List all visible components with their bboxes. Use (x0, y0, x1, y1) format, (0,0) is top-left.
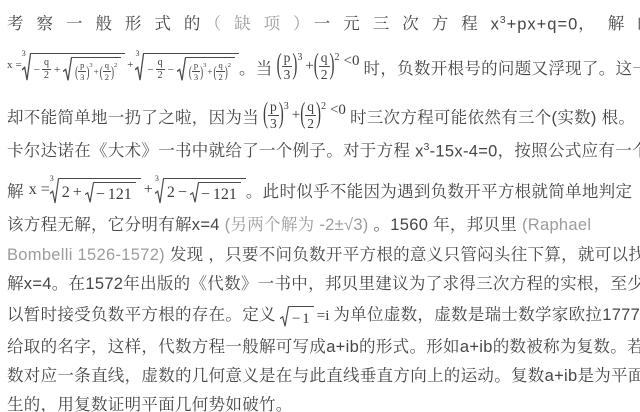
radicand: 2 + −121 (59, 178, 141, 205)
paren: ( (314, 49, 319, 83)
math-x: x (29, 181, 37, 199)
roots-formula: x= 3 2 + −121 + 3 2 − (29, 178, 246, 205)
denominator: 2 (44, 70, 49, 82)
numerator: q (319, 51, 330, 67)
math-1: 1 (302, 311, 310, 328)
math-minus: − (147, 64, 153, 76)
exponent: 3 (203, 62, 206, 69)
square-root: −121 (190, 182, 241, 204)
text-segment: 卡尔达诺在《大术》一书中就给了一个例子。对于方程 (7, 137, 415, 161)
formula-line-roots: 解 x= 3 2 + −121 + 3 2 (7, 164, 634, 205)
math-exponent: 3 (500, 15, 507, 26)
equals-i: =i (317, 308, 330, 325)
math-x: x (7, 59, 13, 71)
inline-equation-cubic: x3+px+q=0 (491, 15, 579, 35)
text-line-7: Bombelli 1526-1572) 发现 ，只要不问负数开平方根的意义只管闷… (7, 235, 634, 265)
text-segment: 却不能简单地一扔了之啦，因为当 (7, 104, 259, 128)
math-tail: +px+q=0 (507, 15, 579, 33)
paren: ( (189, 63, 192, 80)
text-segment: 以暂时接受负数平方根的存在。定义 (7, 301, 276, 325)
root-index: 3 (50, 175, 54, 183)
math-plus: + (93, 67, 100, 77)
text-line-10: 给取的名字，这样，代数方程一般解可写成a+ib的形式。形如a+ib的数被称为复数… (7, 328, 634, 357)
math-2: 2 (62, 184, 70, 202)
math-plus: + (206, 67, 213, 77)
text-segment: 该方程无解，它分明有解x=4 (7, 211, 225, 235)
denominator: 2 (105, 72, 109, 82)
exponent: 3 (89, 62, 92, 69)
radicand: −1 (289, 306, 314, 328)
math-plus: + (292, 107, 300, 124)
text-segment: 一 元 三 次 方 程 (314, 10, 491, 34)
paren: ( (277, 49, 282, 83)
radical-sign-icon (85, 182, 94, 204)
fraction-q-2: q2 (42, 58, 51, 82)
text-segment: 考 察 一 般 形 式 的 (7, 10, 205, 34)
root-index: 3 (155, 175, 159, 183)
fraction-p-3: p3 (282, 51, 293, 82)
numerator: p (78, 61, 86, 72)
discriminant-expression: (p3)3+(q2)2<0 (277, 51, 360, 82)
radicand: − q2 − (p3)3+(q2)2 (144, 53, 239, 82)
text-segment: 时，负数开根号的问题又浮现了。这一次 (364, 55, 640, 79)
math-minus: − (34, 64, 40, 76)
parenthetical-missing-term: （ 缺 项 ） (205, 10, 314, 34)
fraction-p-3: p3 (268, 100, 279, 131)
exponent: 2 (114, 62, 117, 69)
math-plus: + (73, 184, 82, 202)
math-x: x (491, 15, 500, 33)
numerator: p (282, 51, 293, 67)
inline-equation-example: x3-15x-4=0 (415, 142, 498, 162)
text-segment: 。当 (239, 55, 273, 79)
text-line-4: 卡尔达诺在《大术》一书中就给了一个例子。对于方程 x3-15x-4=0 ，按照公… (7, 134, 634, 164)
radicand: −121 (199, 182, 241, 204)
denominator: 2 (307, 116, 314, 131)
cube-root: 3 − q2 + (p3)3+(q2)2 (22, 53, 126, 82)
math-121: 121 (213, 186, 237, 204)
radicand: (p3)3+(q2)2 (186, 57, 235, 82)
text-segment: 时三次方程可能依然有三个(实数) 根。 (350, 104, 635, 128)
paren: ( (213, 63, 216, 80)
square-root: −121 (85, 182, 136, 204)
exponent: 3 (297, 52, 302, 63)
cube-root: 3 − q2 − (p3)3+(q2)2 (135, 53, 239, 82)
paren: ( (100, 63, 103, 80)
radical-sign-icon (190, 182, 199, 204)
text-segment: 发现 ，只要不问负数开平方根的意义只管闷头往下算，就可以找到 (165, 241, 640, 265)
text-line-12: 生的，用复数证明平面几何势如破竹。 (7, 386, 634, 412)
math-plus: + (144, 181, 153, 199)
cube-root: 3 2 + −121 (50, 178, 141, 205)
math-x: x (415, 142, 424, 160)
math-minus: − (201, 186, 210, 204)
math-plus: + (53, 64, 61, 76)
math-minus: − (292, 311, 300, 328)
pq-expression: (p3)3+(q2)2 (75, 61, 117, 82)
denominator: 3 (270, 116, 277, 131)
math-minus: − (96, 186, 105, 204)
less-than-zero: <0 (344, 53, 360, 70)
denominator: 2 (321, 67, 328, 82)
root-index: 3 (22, 50, 26, 58)
cube-root: 3 2 − −121 (155, 178, 246, 205)
math-121: 121 (108, 186, 132, 204)
text-segment: 。此时似乎不能因为遇到负数开平方根就简单地判定 (246, 178, 632, 202)
numerator: q (216, 61, 224, 72)
exponent: 3 (284, 101, 289, 112)
math-equals: = (41, 181, 50, 199)
math-tail: -15x-4=0 (430, 142, 498, 160)
root-index: 3 (135, 50, 139, 58)
parenthetical-other-roots: (另两个解为 -2±√3) (225, 211, 369, 235)
text-line-3: 却不能简单地一扔了之啦，因为当 (p3)3+(q2)2<0 时三次方程可能依然有… (7, 82, 634, 131)
math-minus: − (167, 64, 175, 76)
math-plus: + (127, 59, 133, 71)
math-plus: + (305, 58, 313, 75)
numerator: p (192, 61, 200, 72)
denominator: 3 (194, 72, 198, 82)
text-segment: 为单位虚数，虚数是瑞士数学家欧拉1777年 (333, 301, 640, 325)
parenthetical-name-raphael: (Raphael (522, 216, 591, 235)
text-segment: 。1560 年，邦贝里 (369, 211, 522, 235)
fraction-q-2: q2 (305, 100, 316, 131)
text-line-8: 解x=4。在1572年出版的《代数》一书中，邦贝里建议为了求得三次方程的实根，至… (7, 265, 634, 294)
paren: ( (263, 98, 268, 132)
text-segment: ，按照公式应有一个 (498, 137, 640, 161)
text-segment: 给取的名字，这样，代数方程一般解可写成a+ib的形式。形如a+ib的数被称为复数… (7, 333, 640, 357)
denominator: 3 (284, 67, 291, 82)
radicand: − q2 + (p3)3+(q2)2 (31, 53, 126, 82)
text-line-11: 数对应一条直线，虚数的几何意义是在与此直线垂直方向上的运动。复数a+ib是为平面… (7, 357, 634, 386)
text-line-1: 考 察 一 般 形 式 的 （ 缺 项 ） 一 元 三 次 方 程 x3+px+… (7, 6, 634, 37)
radicand: −121 (94, 182, 136, 204)
radicand: (p3)3+(q2)2 (72, 57, 121, 82)
cardano-formula: x= 3 − q2 + (p3)3+(q2)2 (7, 53, 239, 82)
radical-sign-icon (280, 306, 289, 328)
paren: ( (300, 98, 305, 132)
sqrt-minus-one: −1 =i (280, 306, 330, 328)
fraction-q-2: q2 (319, 51, 330, 82)
math-2: 2 (167, 184, 175, 202)
fraction-q-2: q2 (216, 61, 224, 82)
text-segment: ， 解 的 卡 尔 达 诺 公 式 为 (578, 10, 640, 34)
fraction-q-2: q2 (156, 58, 165, 82)
square-root: −1 (280, 306, 314, 328)
parenthetical-name-bombelli: Bombelli 1526-1572) (7, 246, 165, 265)
numerator: p (268, 100, 279, 116)
fraction-p-3: p3 (192, 61, 200, 82)
text-segment: 解x=4。在1572年出版的《代数》一书中，邦贝里建议为了求得三次方程的实根，至… (7, 270, 640, 294)
text-segment: 数对应一条直线，虚数的几何意义是在与此直线垂直方向上的运动。复数a+ib是为平面… (7, 362, 640, 386)
numerator: q (156, 58, 165, 71)
radicand: 2 − −121 (164, 178, 246, 205)
text-segment: 解 (7, 178, 29, 202)
paren: ( (75, 63, 78, 80)
document: 考 察 一 般 形 式 的 （ 缺 项 ） 一 元 三 次 方 程 x3+px+… (0, 0, 640, 412)
radical-sign-icon (63, 57, 72, 82)
article-page: { "page": { "background": "#ffffff", "te… (0, 0, 640, 412)
denominator: 2 (158, 70, 163, 82)
math-minus: − (178, 184, 187, 202)
exponent: 2 (228, 62, 231, 69)
text-line-6: 该方程无解，它分明有解x=4 (另两个解为 -2±√3) 。1560 年，邦贝里… (7, 205, 634, 235)
text-segment: 生的，用复数证明平面几何势如破竹。 (7, 391, 293, 412)
denominator: 3 (80, 72, 84, 82)
numerator: q (42, 58, 51, 71)
pq-expression: (p3)3+(q2)2 (189, 61, 231, 82)
numerator: q (103, 61, 111, 72)
numerator: q (305, 100, 316, 116)
discriminant-expression: (p3)3+(q2)2<0 (263, 100, 346, 131)
denominator: 2 (218, 72, 222, 82)
square-root: (p3)3+(q2)2 (177, 57, 235, 82)
radical-sign-icon (177, 57, 186, 82)
less-than-zero: <0 (330, 102, 346, 119)
exponent: 2 (335, 52, 340, 63)
fraction-p-3: p3 (78, 61, 86, 82)
square-root: (p3)3+(q2)2 (63, 57, 121, 82)
formula-line-cardano: x= 3 − q2 + (p3)3+(q2)2 (7, 37, 634, 82)
text-line-9: 以暂时接受负数平方根的存在。定义 −1 =i 为单位虚数，虚数是瑞士数学家欧拉1… (7, 294, 634, 328)
exponent: 2 (321, 101, 326, 112)
fraction-q-2: q2 (103, 61, 111, 82)
